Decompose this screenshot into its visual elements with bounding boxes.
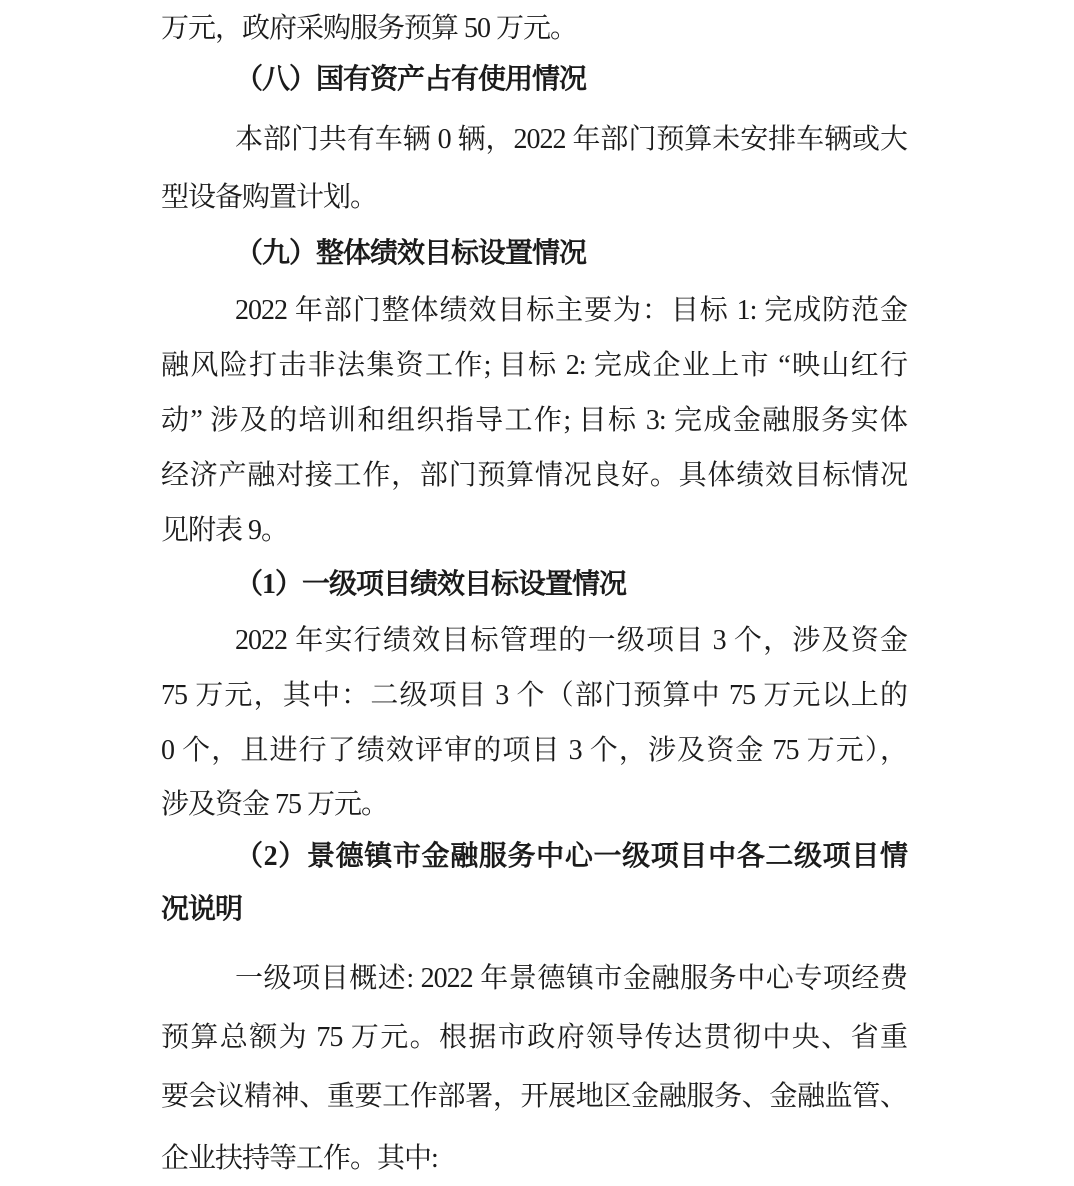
paragraph-line: 融风险打击非法集资工作; 目标 2: 完成企业上市 “映山红行 <box>161 346 907 386</box>
paragraph-line: 2022 年实行绩效目标管理的一级项目 3 个，涉及资金 <box>161 621 907 661</box>
paragraph-line: 涉及资金 75 万元。 <box>161 785 907 825</box>
paragraph-line: 预算总额为 75 万元。根据市政府领导传达贯彻中央、省重 <box>161 1018 907 1058</box>
heading-sub-1: （1）一级项目绩效目标设置情况 <box>161 565 907 605</box>
paragraph-line: 见附表 9。 <box>161 511 907 551</box>
paragraph-line: 企业扶持等工作。其中: <box>161 1139 907 1179</box>
paragraph-line: 本部门共有车辆 0 辆，2022 年部门预算未安排车辆或大 <box>161 120 907 160</box>
paragraph-line: 要会议精神、重要工作部署，开展地区金融服务、金融监管、 <box>161 1077 907 1117</box>
paragraph-line: 万元，政府采购服务预算 50 万元。 <box>161 9 907 49</box>
paragraph-line: 动” 涉及的培训和组织指导工作; 目标 3: 完成金融服务实体 <box>161 401 907 441</box>
heading-section-9: （九）整体绩效目标设置情况 <box>161 234 907 274</box>
document-page: 万元，政府采购服务预算 50 万元。 （八）国有资产占有使用情况 本部门共有车辆… <box>0 0 1074 1186</box>
paragraph-line: 一级项目概述: 2022 年景德镇市金融服务中心专项经费 <box>161 959 907 999</box>
paragraph-line: 0 个，且进行了绩效评审的项目 3 个，涉及资金 75 万元）， <box>161 731 907 771</box>
paragraph-line: 经济产融对接工作，部门预算情况良好。具体绩效目标情况 <box>161 456 907 496</box>
paragraph-line: 2022 年部门整体绩效目标主要为：目标 1: 完成防范金 <box>161 291 907 331</box>
paragraph-line: 75 万元，其中：二级项目 3 个（部门预算中 75 万元以上的 <box>161 676 907 716</box>
heading-section-8: （八）国有资产占有使用情况 <box>161 60 907 100</box>
heading-sub-2-cont: 况说明 <box>161 890 907 930</box>
heading-sub-2: （2）景德镇市金融服务中心一级项目中各二级项目情 <box>161 837 907 877</box>
paragraph-line: 型设备购置计划。 <box>161 178 907 218</box>
